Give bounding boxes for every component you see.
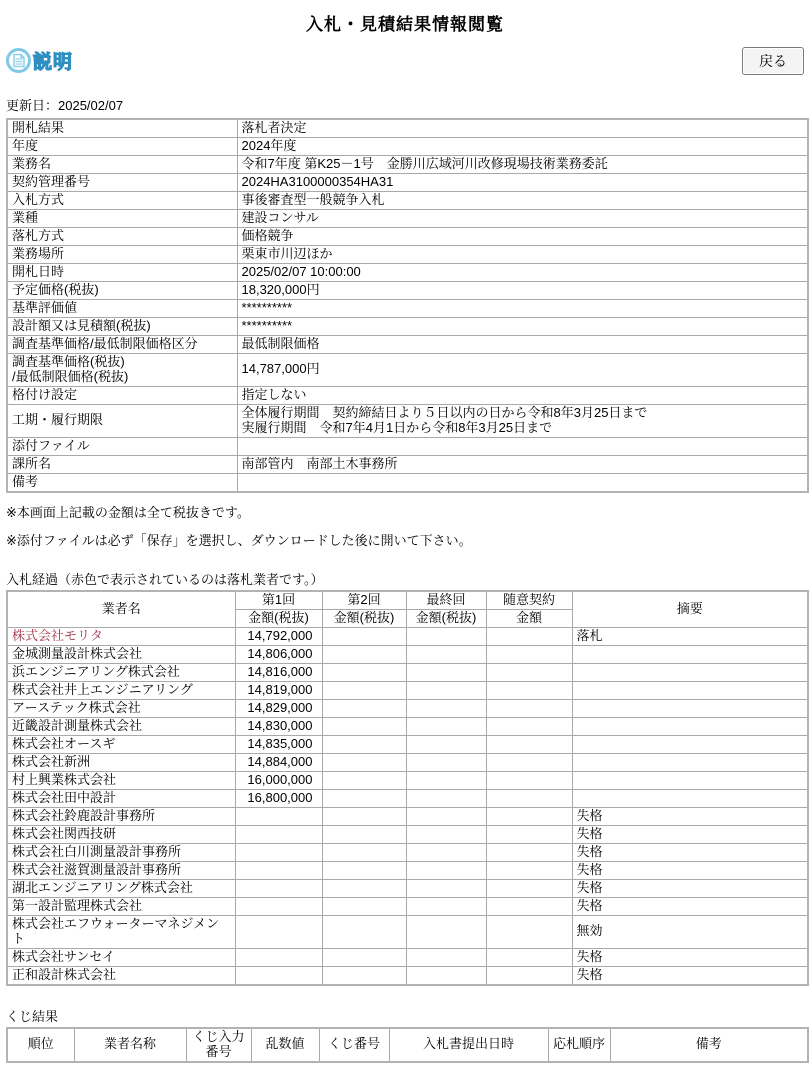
info-label: 業種: [7, 210, 237, 228]
info-row: 予定価格(税抜)18,320,000円: [7, 282, 808, 300]
bid-round2-amount: [322, 966, 406, 985]
bid-vendor-name: 株式会社サンセイ: [7, 948, 235, 966]
info-value: [237, 473, 808, 492]
bid-vendor-name: 株式会社田中設計: [7, 789, 235, 807]
info-value: 14,787,000円: [237, 354, 808, 387]
info-label: 入札方式: [7, 192, 237, 210]
col-vendor-name: 業者名称: [74, 1028, 186, 1062]
bid-round2-amount: [322, 627, 406, 645]
bid-round1-amount: [235, 807, 322, 825]
bid-final-amount: [406, 966, 486, 985]
bid-round2-amount: [322, 771, 406, 789]
bid-round1-amount: 14,835,000: [235, 735, 322, 753]
bid-row: 株式会社オースギ14,835,000: [7, 735, 808, 753]
bid-round1-amount: [235, 948, 322, 966]
bid-remarks: 無効: [572, 915, 808, 948]
bid-final-amount: [406, 753, 486, 771]
col-final: 最終回: [406, 591, 486, 610]
info-table-body: 開札結果落札者決定年度2024年度業務名令和7年度 第K25－1号 金勝川広域河…: [7, 119, 808, 492]
bid-round1-amount: 14,819,000: [235, 681, 322, 699]
info-label: 契約管理番号: [7, 174, 237, 192]
bid-vendor-name: 湖北エンジニアリング株式会社: [7, 879, 235, 897]
info-label: 年度: [7, 138, 237, 156]
bid-vendor-name: 金城測量設計株式会社: [7, 645, 235, 663]
info-label: 基準評価値: [7, 300, 237, 318]
col-bid-order: 応札順序: [548, 1028, 610, 1062]
bid-round2-amount: [322, 897, 406, 915]
bid-vendor-name: 株式会社モリタ: [7, 627, 235, 645]
bid-remarks: [572, 753, 808, 771]
bid-round1-amount: [235, 879, 322, 897]
bid-final-amount: [406, 735, 486, 753]
info-label: 落札方式: [7, 228, 237, 246]
lottery-table: 順位 業者名称 くじ入力番号 乱数値 くじ番号 入札書提出日時 応札順序 備考: [6, 1027, 809, 1063]
bid-remarks: [572, 735, 808, 753]
bid-final-amount: [406, 915, 486, 948]
bid-negotiated-amount: [486, 771, 572, 789]
bid-round2-amount: [322, 915, 406, 948]
bid-row: 株式会社井上エンジニアリング14,819,000: [7, 681, 808, 699]
info-value: 落札者決定: [237, 119, 808, 138]
bid-round2-amount: [322, 645, 406, 663]
info-label: 添付ファイル: [7, 437, 237, 455]
bid-remarks: 失格: [572, 966, 808, 985]
bid-vendor-name: 第一設計監理株式会社: [7, 897, 235, 915]
info-label: 設計額又は見積額(税抜): [7, 318, 237, 336]
bid-final-amount: [406, 681, 486, 699]
info-row: 工期・履行期限全体履行期間 契約締結日より５日以内の日から令和8年3月25日まで…: [7, 404, 808, 437]
bid-round2-amount: [322, 681, 406, 699]
bid-round1-amount: 14,806,000: [235, 645, 322, 663]
info-label: 課所名: [7, 455, 237, 473]
page-title: 入札・見積結果情報閲覧: [4, 10, 806, 35]
bid-vendor-name: 株式会社白川測量設計事務所: [7, 843, 235, 861]
bid-row: 村上興業株式会社16,000,000: [7, 771, 808, 789]
info-label: 備考: [7, 473, 237, 492]
bid-row: 湖北エンジニアリング株式会社失格: [7, 879, 808, 897]
bid-negotiated-amount: [486, 717, 572, 735]
info-value: 令和7年度 第K25－1号 金勝川広域河川改修現場技術業務委託: [237, 156, 808, 174]
bid-round2-amount: [322, 717, 406, 735]
bid-round2-amount: [322, 663, 406, 681]
bid-remarks: 失格: [572, 948, 808, 966]
bid-final-amount: [406, 807, 486, 825]
bid-final-amount: [406, 897, 486, 915]
bid-remarks: 失格: [572, 861, 808, 879]
explain-button[interactable]: 説明: [6, 47, 73, 74]
bid-round2-amount: [322, 753, 406, 771]
bid-info-table: 開札結果落札者決定年度2024年度業務名令和7年度 第K25－1号 金勝川広域河…: [6, 118, 809, 493]
bid-negotiated-amount: [486, 879, 572, 897]
info-row: 業務場所栗東市川辺ほか: [7, 246, 808, 264]
bid-negotiated-amount: [486, 753, 572, 771]
col-random-value: 乱数値: [251, 1028, 319, 1062]
bid-round1-amount: [235, 825, 322, 843]
info-row: 課所名南部管内 南部土木事務所: [7, 455, 808, 473]
bid-header-row-1: 業者名 第1回 第2回 最終回 随意契約 摘要: [7, 591, 808, 610]
info-row: 調査基準価格(税抜) /最低制限価格(税抜)14,787,000円: [7, 354, 808, 387]
bid-round2-amount: [322, 861, 406, 879]
info-row: 添付ファイル: [7, 437, 808, 455]
bid-round2-amount: [322, 807, 406, 825]
bid-final-amount: [406, 843, 486, 861]
info-value: 事後審査型一般競争入札: [237, 192, 808, 210]
updated-date: 更新日：2025/02/07: [6, 95, 806, 114]
bid-remarks: [572, 681, 808, 699]
bid-negotiated-amount: [486, 645, 572, 663]
bid-negotiated-amount: [486, 915, 572, 948]
bid-round1-amount: 14,829,000: [235, 699, 322, 717]
info-value: **********: [237, 318, 808, 336]
bid-row: 第一設計監理株式会社失格: [7, 897, 808, 915]
bid-round1-amount: 14,830,000: [235, 717, 322, 735]
info-row: 入札方式事後審査型一般競争入札: [7, 192, 808, 210]
bid-row: 近畿設計測量株式会社14,830,000: [7, 717, 808, 735]
bid-final-amount: [406, 825, 486, 843]
bid-round2-amount: [322, 948, 406, 966]
info-row: 調査基準価格/最低制限価格区分最低制限価格: [7, 336, 808, 354]
bid-round1-amount: [235, 915, 322, 948]
bid-final-amount: [406, 948, 486, 966]
bid-final-amount: [406, 717, 486, 735]
info-label: 予定価格(税抜): [7, 282, 237, 300]
col-lottery-input-no: くじ入力番号: [186, 1028, 251, 1062]
topbar: 説明 戻る: [6, 47, 804, 79]
back-button[interactable]: 戻る: [742, 47, 804, 75]
bid-vendor-name: 正和設計株式会社: [7, 966, 235, 985]
col-final-amount: 金額(税抜): [406, 609, 486, 627]
col-submit-datetime: 入札書提出日時: [389, 1028, 548, 1062]
bid-remarks: [572, 789, 808, 807]
bid-negotiated-amount: [486, 966, 572, 985]
info-row: 開札日時2025/02/07 10:00:00: [7, 264, 808, 282]
info-value: 栗東市川辺ほか: [237, 246, 808, 264]
bid-round2-amount: [322, 825, 406, 843]
bid-remarks: 失格: [572, 807, 808, 825]
bid-row: 株式会社滋賀測量設計事務所失格: [7, 861, 808, 879]
bid-vendor-name: 株式会社エフウォーターマネジメント: [7, 915, 235, 948]
bid-final-amount: [406, 789, 486, 807]
bid-remarks: [572, 699, 808, 717]
col-round2-amount: 金額(税抜): [322, 609, 406, 627]
bid-negotiated-amount: [486, 807, 572, 825]
bid-vendor-name: 株式会社井上エンジニアリング: [7, 681, 235, 699]
bid-row: アーステック株式会社14,829,000: [7, 699, 808, 717]
bid-round1-amount: [235, 861, 322, 879]
info-value: 全体履行期間 契約締結日より５日以内の日から令和8年3月25日まで 実履行期間 …: [237, 404, 808, 437]
info-value: 2024年度: [237, 138, 808, 156]
document-icon: [6, 48, 31, 73]
bid-row: 株式会社サンセイ失格: [7, 948, 808, 966]
info-row: 落札方式価格競争: [7, 228, 808, 246]
info-value: 2024HA3100000354HA31: [237, 174, 808, 192]
bid-row: 株式会社関西技研失格: [7, 825, 808, 843]
bid-final-amount: [406, 699, 486, 717]
bid-final-amount: [406, 861, 486, 879]
bid-vendor-name: 株式会社滋賀測量設計事務所: [7, 861, 235, 879]
info-value: 2025/02/07 10:00:00: [237, 264, 808, 282]
bid-history-heading: 入札経過（赤色で表示されているのは落札業者です。）: [6, 569, 806, 588]
bid-negotiated-amount: [486, 843, 572, 861]
bid-remarks: [572, 771, 808, 789]
info-row: 業務名令和7年度 第K25－1号 金勝川広域河川改修現場技術業務委託: [7, 156, 808, 174]
info-row: 基準評価値**********: [7, 300, 808, 318]
info-label: 業務名: [7, 156, 237, 174]
bid-negotiated-amount: [486, 681, 572, 699]
bid-row: 浜エンジニアリング株式会社14,816,000: [7, 663, 808, 681]
info-label: 格付け設定: [7, 386, 237, 404]
bid-history-table: 業者名 第1回 第2回 最終回 随意契約 摘要 金額(税抜) 金額(税抜) 金額…: [6, 590, 809, 986]
bid-remarks: [572, 645, 808, 663]
bid-row: 株式会社エフウォーターマネジメント無効: [7, 915, 808, 948]
bid-vendor-name: 村上興業株式会社: [7, 771, 235, 789]
bid-row: 株式会社鈴鹿設計事務所失格: [7, 807, 808, 825]
bid-round1-amount: [235, 897, 322, 915]
info-value: **********: [237, 300, 808, 318]
col-vendor: 業者名: [7, 591, 235, 628]
info-row: 備考: [7, 473, 808, 492]
info-row: 年度2024年度: [7, 138, 808, 156]
info-row: 業種建設コンサル: [7, 210, 808, 228]
bid-final-amount: [406, 627, 486, 645]
bid-result-page: 入札・見積結果情報閲覧 説明 戻る 更新日：2025/02/07 開札結果落札者…: [0, 0, 810, 1065]
bid-round2-amount: [322, 735, 406, 753]
info-row: 契約管理番号2024HA3100000354HA31: [7, 174, 808, 192]
bid-round2-amount: [322, 879, 406, 897]
bid-vendor-name: 近畿設計測量株式会社: [7, 717, 235, 735]
bid-round1-amount: [235, 966, 322, 985]
bid-vendor-name: 株式会社オースギ: [7, 735, 235, 753]
bid-row: 株式会社新洲14,884,000: [7, 753, 808, 771]
bid-round2-amount: [322, 789, 406, 807]
bid-round1-amount: 14,792,000: [235, 627, 322, 645]
bid-negotiated-amount: [486, 789, 572, 807]
bid-remarks: 失格: [572, 879, 808, 897]
col-lottery-no: くじ番号: [319, 1028, 389, 1062]
info-value: 建設コンサル: [237, 210, 808, 228]
bid-row: 株式会社田中設計16,800,000: [7, 789, 808, 807]
info-value: 価格競争: [237, 228, 808, 246]
bid-negotiated-amount: [486, 627, 572, 645]
bid-remarks: 落札: [572, 627, 808, 645]
bid-remarks: 失格: [572, 825, 808, 843]
bid-vendor-name: アーステック株式会社: [7, 699, 235, 717]
bid-negotiated-amount: [486, 735, 572, 753]
info-value: [237, 437, 808, 455]
info-row: 開札結果落札者決定: [7, 119, 808, 138]
bid-final-amount: [406, 771, 486, 789]
info-label: 調査基準価格/最低制限価格区分: [7, 336, 237, 354]
col-round2: 第2回: [322, 591, 406, 610]
bid-remarks: [572, 717, 808, 735]
note-tax: ※本画面上記載の金額は全て税抜きです。: [6, 502, 806, 521]
info-value: 指定しない: [237, 386, 808, 404]
info-label: 開札日時: [7, 264, 237, 282]
bid-final-amount: [406, 645, 486, 663]
note-attachment: ※添付ファイルは必ず「保存」を選択し、ダウンロードした後に開いて下さい。: [6, 530, 806, 549]
bid-negotiated-amount: [486, 897, 572, 915]
col-negotiated: 随意契約: [486, 591, 572, 610]
bid-negotiated-amount: [486, 825, 572, 843]
info-label: 開札結果: [7, 119, 237, 138]
info-label: 調査基準価格(税抜) /最低制限価格(税抜): [7, 354, 237, 387]
bid-row: 株式会社白川測量設計事務所失格: [7, 843, 808, 861]
info-label: 業務場所: [7, 246, 237, 264]
lottery-header-row: 順位 業者名称 くじ入力番号 乱数値 くじ番号 入札書提出日時 応札順序 備考: [7, 1028, 808, 1062]
bid-row: 金城測量設計株式会社14,806,000: [7, 645, 808, 663]
bid-negotiated-amount: [486, 663, 572, 681]
info-label: 工期・履行期限: [7, 404, 237, 437]
lottery-heading: くじ結果: [6, 1006, 806, 1025]
info-row: 格付け設定指定しない: [7, 386, 808, 404]
bid-row: 正和設計株式会社失格: [7, 966, 808, 985]
bid-remarks: [572, 663, 808, 681]
info-value: 18,320,000円: [237, 282, 808, 300]
info-value: 南部管内 南部土木事務所: [237, 455, 808, 473]
bid-remarks: 失格: [572, 843, 808, 861]
info-row: 設計額又は見積額(税抜)**********: [7, 318, 808, 336]
bid-negotiated-amount: [486, 948, 572, 966]
bid-vendor-name: 浜エンジニアリング株式会社: [7, 663, 235, 681]
col-negotiated-amount: 金額: [486, 609, 572, 627]
bid-vendor-name: 株式会社新洲: [7, 753, 235, 771]
bid-final-amount: [406, 879, 486, 897]
bid-negotiated-amount: [486, 699, 572, 717]
bid-round2-amount: [322, 843, 406, 861]
bid-round1-amount: 16,000,000: [235, 771, 322, 789]
bid-row: 株式会社モリタ14,792,000落札: [7, 627, 808, 645]
col-round1: 第1回: [235, 591, 322, 610]
col-rank: 順位: [7, 1028, 74, 1062]
explain-label: 説明: [33, 47, 73, 74]
col-lottery-remarks: 備考: [610, 1028, 808, 1062]
col-round1-amount: 金額(税抜): [235, 609, 322, 627]
bid-round1-amount: 14,884,000: [235, 753, 322, 771]
bid-remarks: 失格: [572, 897, 808, 915]
bid-round2-amount: [322, 699, 406, 717]
col-remarks: 摘要: [572, 591, 808, 628]
bid-negotiated-amount: [486, 861, 572, 879]
info-value: 最低制限価格: [237, 336, 808, 354]
bid-vendor-name: 株式会社関西技研: [7, 825, 235, 843]
bid-vendor-name: 株式会社鈴鹿設計事務所: [7, 807, 235, 825]
bid-round1-amount: 16,800,000: [235, 789, 322, 807]
bid-round1-amount: [235, 843, 322, 861]
bid-round1-amount: 14,816,000: [235, 663, 322, 681]
bid-table-body: 株式会社モリタ14,792,000落札金城測量設計株式会社14,806,000浜…: [7, 627, 808, 984]
bid-final-amount: [406, 663, 486, 681]
